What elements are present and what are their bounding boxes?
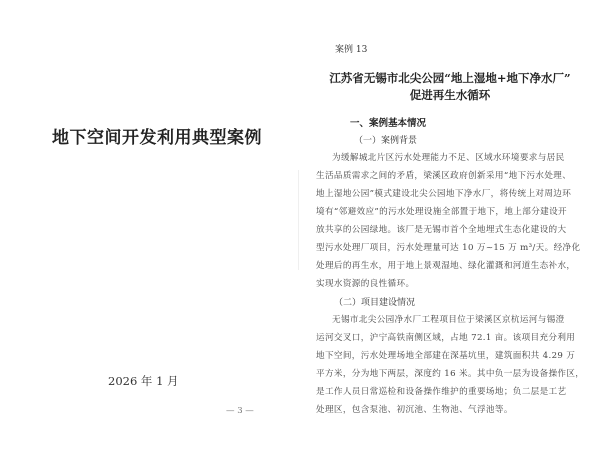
case-label: 案例 13	[335, 42, 367, 55]
cover-date: 2026 年 1 月	[108, 373, 179, 389]
paragraph-line: 型污水处理厂项目，污水处理量可达 10 万~15 万 m³/天。经净化	[316, 241, 550, 253]
paragraph-line: 放共享的公园绿地。该厂是无锡市首个全地埋式生态化建设的大	[316, 223, 550, 235]
case-title-line2: 促进再生水循环	[320, 87, 580, 104]
subsection-heading-2: （二）项目建设情况	[334, 295, 415, 308]
paragraph-line: 是工作人员日常巡检和设备操作维护的重要场地；负二层是工艺	[316, 385, 550, 397]
paragraph-line: 地下空间，污水处理场地全部建在深基坑里，建筑面积共 4.29 万	[316, 349, 550, 361]
right-page: 案例 13 江苏省无锡市北尖公园“地上湿地+地下净水厂” 促进再生水循环 一、案…	[300, 0, 600, 453]
paragraph-line: 平方米，分为地下两层，深度约 16 米。其中负一层为设备操作区，	[316, 367, 550, 379]
paragraph-line: 为缓解城北片区污水处理能力不足、区域水环境要求与居民	[332, 151, 550, 163]
page-number-left: — 3 —	[226, 406, 254, 416]
paragraph-line: 处理后的再生水，用于地上景观湿地、绿化灌溉和河道生态补水，	[316, 259, 550, 271]
paragraph-line: 境有“邻避效应”的污水处理设施全部置于地下，地上部分建设开	[316, 205, 550, 217]
paragraph-line: 地上湿地公园”模式建设北尖公园地下净水厂，将传统上对周边环	[316, 187, 550, 199]
paragraph-line: 处理区，包含泵池、初沉池、生物池、气浮池等。	[316, 403, 550, 415]
paragraph-line: 实现水资源的良性循环。	[316, 277, 550, 289]
page-seam	[298, 170, 299, 270]
paragraph-line: 无锡市北尖公园净水厂工程项目位于梁溪区京杭运河与锡澄	[332, 313, 550, 325]
subsection-heading-1: （一）案例背景	[354, 133, 417, 146]
left-page: 地下空间开发利用典型案例 2026 年 1 月 — 3 —	[0, 0, 298, 453]
case-title-line1: 江苏省无锡市北尖公园“地上湿地+地下净水厂”	[320, 70, 580, 87]
paragraph-line: 运河交叉口，沪宁高铁南侧区域，占地 72.1 亩。该项目充分利用	[316, 331, 550, 343]
paragraph-line: 生活品质需求之间的矛盾，梁溪区政府创新采用“地下污水处理、	[316, 169, 550, 181]
cover-title: 地下空间开发利用典型案例	[52, 123, 262, 148]
section-heading: 一、案例基本情况	[350, 115, 426, 129]
